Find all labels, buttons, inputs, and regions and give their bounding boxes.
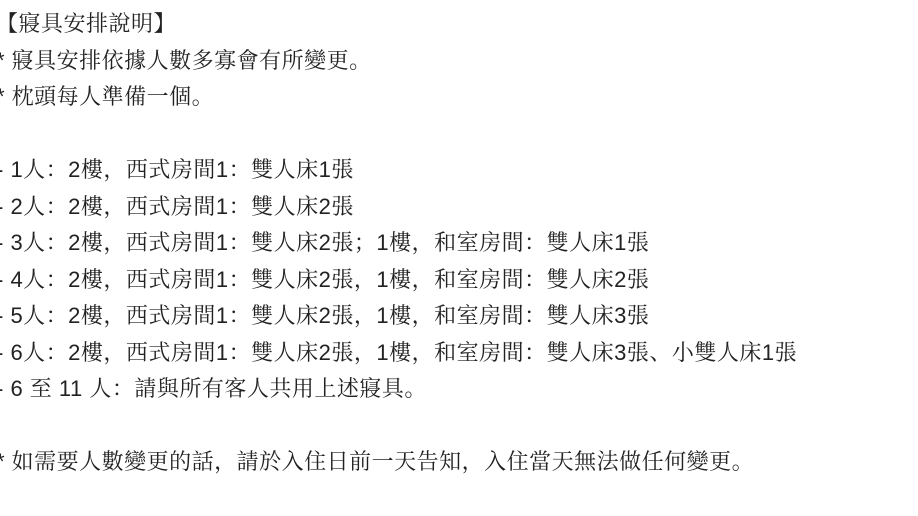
bedding-list-item: - 3人：2樓，西式房間1：雙人床2張；1樓，和室房間：雙人床1張 (0, 225, 918, 262)
bedding-list-item: - 6 至 11 人：請與所有客人共用上述寢具。 (0, 371, 918, 408)
note-line: * 如需要人數變更的話，請於入住日前一天告知，入住當天無法做任何變更。 (0, 444, 918, 481)
bedding-list-item: - 1人：2樓，西式房間1：雙人床1張 (0, 152, 918, 189)
note-line: * 寢具安排依據人數多寡會有所變更。 (0, 43, 918, 80)
bedding-arrangement-section: 【寢具安排說明】 * 寢具安排依據人數多寡會有所變更。 * 枕頭每人準備一個。 … (0, 6, 918, 481)
blank-line (0, 116, 918, 153)
bedding-list-item: - 6人：2樓，西式房間1：雙人床2張，1樓，和室房間：雙人床3張、小雙人床1張 (0, 335, 918, 372)
bedding-list-item: - 2人：2樓，西式房間1：雙人床2張 (0, 189, 918, 226)
bedding-list-item: - 4人：2樓，西式房間1：雙人床2張，1樓，和室房間：雙人床2張 (0, 262, 918, 299)
bedding-list-item: - 5人：2樓，西式房間1：雙人床2張，1樓，和室房間：雙人床3張 (0, 298, 918, 335)
blank-line (0, 408, 918, 445)
note-line: * 枕頭每人準備一個。 (0, 79, 918, 116)
section-title: 【寢具安排說明】 (0, 6, 918, 43)
